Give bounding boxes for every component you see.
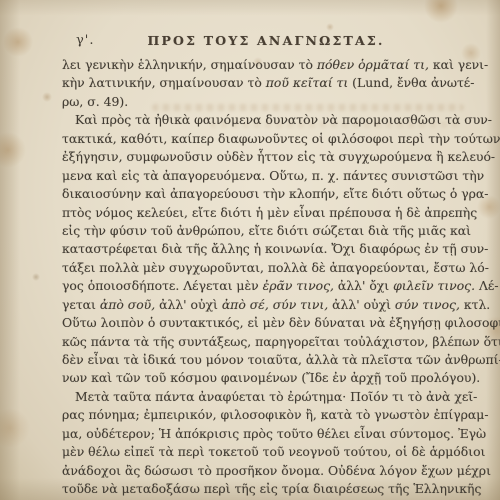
text-line: Καὶ πρὸς τὰ ἠθικὰ φαινόμενα δυνατὸν νὰ π… (62, 111, 470, 129)
text-span: δικαιοσύνην καὶ ἀπαγορεύουσι τὴν κλοπήν,… (62, 186, 488, 201)
italic-phrase: ἀπὸ σέ, σύν τινι, (222, 297, 328, 312)
text-span: καταστρέφεται διὰ τῆς ἄλλης ἡ κοινωνία. … (62, 241, 488, 256)
page-title: ΠΡΟΣ ΤΟΥΣ ΑΝΑΓΝΩΣΤΑΣ. (62, 33, 470, 48)
text-span: νων καὶ τῶν τοῦ κόσμου φαινομένων (Ἴδε ἐ… (62, 370, 480, 385)
italic-phrase: ἐρᾶν τινος, (263, 278, 334, 293)
text-line: μὲν θέλω εἰπεῖ τὰ περὶ τοκετοῦ τοῦ νεογν… (62, 443, 470, 461)
italic-phrase: σύν τινος, (395, 297, 460, 312)
text-line: Μετὰ ταῦτα πάντα ἀναφύεται τὸ ἐρώτημα· Π… (62, 388, 470, 406)
text-line: γος ὁποιοσδήποτε. Λέγεται μὲν ἐρᾶν τινος… (62, 277, 470, 295)
text-span: μα, οὐδέτερον; Ἡ ἀπόκρισις πρὸς τοῦτο θέ… (62, 426, 486, 441)
text-span: γεται (62, 297, 100, 312)
text-span: ρω, σ. 49). (62, 94, 128, 109)
text-span: μὲν θέλω εἰπεῖ τὰ περὶ τοκετοῦ τοῦ νεογν… (62, 444, 485, 459)
text-span: ρας πόνημα; ἐμπειρικόν, φιλοσοφικὸν ἢ, κ… (62, 407, 489, 422)
italic-phrase: ποῦ κεῖταί τι (266, 75, 348, 90)
text-line: δικαιοσύνην καὶ ἀπαγορεύουσι τὴν κλοπήν,… (62, 185, 470, 203)
text-span: τοῦδε νὰ μεταδοξάσω περὶ τῆς εἰς τρία δι… (62, 481, 481, 496)
text-span: κῶς πάντα τὰ τῆς συντάξεως, παρηγορεῖται… (62, 334, 500, 349)
text-span: κὴν λατινικήν, σημαίνουσαν τὸ (62, 75, 266, 90)
text-line: κὴν λατινικήν, σημαίνουσαν τὸ ποῦ κεῖταί… (62, 74, 470, 92)
text-line: τάξει πολλὰ μὲν συγχωροῦνται, πολλὰ δὲ ἀ… (62, 259, 470, 277)
text-line: πτὸς νόμος κελεύει, εἴτε διότι ἡ μὲν εἶν… (62, 204, 470, 222)
text-line: τακτικά, καθότι, καίπερ διαφωνοῦντες οἱ … (62, 130, 470, 148)
text-line: ἀνάδοχοι ἂς δώσωσι τὸ προσῆκον ὄνομα. Οὐ… (62, 462, 470, 480)
text-line: καταστρέφεται διὰ τῆς ἄλλης ἡ κοινωνία. … (62, 240, 470, 258)
page-header: γ'. ΠΡΟΣ ΤΟΥΣ ΑΝΑΓΝΩΣΤΑΣ. (62, 33, 470, 49)
text-line: κῶς πάντα τὰ τῆς συντάξεως, παρηγορεῖται… (62, 333, 470, 351)
paragraph: Καὶ πρὸς τὰ ἠθικὰ φαινόμενα δυνατὸν νὰ π… (62, 111, 470, 388)
text-line: μενα καὶ εἰς τὰ ἀπαγορευόμενα. Οὕτω, π. … (62, 167, 470, 185)
text-span: γος ὁποιοσδήποτε. Λέγεται μὲν (62, 278, 263, 293)
text-span: ἀλλ' ὄχι (334, 278, 393, 293)
text-span: κτλ. (460, 297, 490, 312)
text-line: ρω, σ. 49). (62, 93, 470, 111)
text-span: λει γενικὴν ἑλληνικήν, σημαίνουσαν τὸ (62, 57, 317, 72)
text-span: Μετὰ ταῦτα πάντα ἀναφύεται τὸ ἐρώτημα· Π… (75, 389, 477, 404)
text-line: Οὕτω λοιπὸν ὁ συντακτικός, εἰ μὲν δὲν δύ… (62, 314, 470, 332)
text-line: εἰς τὴν φύσιν τοῦ ἀνθρώπου, εἴτε διότι σ… (62, 222, 470, 240)
page-body: λει γενικὴν ἑλληνικήν, σημαίνουσαν τὸ πό… (62, 56, 470, 499)
text-span: τάξει πολλὰ μὲν συγχωροῦνται, πολλὰ δὲ ἀ… (62, 260, 489, 275)
text-span: ἐξήγησιν, συμφωνοῦσιν οὐδὲν ἧττον εἰς τὰ… (62, 149, 495, 164)
text-line: νων καὶ τῶν τοῦ κόσμου φαινομένων (Ἴδε ἐ… (62, 369, 470, 387)
text-line: ἐξήγησιν, συμφωνοῦσιν οὐδὲν ἧττον εἰς τὰ… (62, 148, 470, 166)
text-line: γεται ἀπὸ σοῦ, ἀλλ' οὐχὶ ἀπὸ σέ, σύν τιν… (62, 296, 470, 314)
text-span: Οὕτω λοιπὸν ὁ συντακτικός, εἰ μὲν δὲν δύ… (62, 315, 500, 330)
text-span: ἀλλ' οὐχὶ (328, 297, 395, 312)
text-span: Καὶ πρὸς τὰ ἠθικὰ φαινόμενα δυνατὸν νὰ π… (75, 112, 492, 127)
italic-phrase: πόθεν ὁρμᾶταί τι, (317, 57, 429, 72)
text-span: πτὸς νόμος κελεύει, εἴτε διότι ἡ μὲν εἶν… (62, 205, 477, 220)
text-line: ρας πόνημα; ἐμπειρικόν, φιλοσοφικὸν ἢ, κ… (62, 406, 470, 424)
text-span: (Lund, ἔνθα ἀνωτέ- (348, 75, 474, 90)
italic-phrase: φιλεῖν τινος. (393, 278, 475, 293)
text-span: δὲν εἶναι τὰ ἰδικά του μόνον τοιαῦτα, ἀλ… (62, 352, 500, 367)
text-span: εἰς τὴν φύσιν τοῦ ἀνθρώπου, εἴτε διότι σ… (62, 223, 471, 238)
scanned-book-page: γ'. ΠΡΟΣ ΤΟΥΣ ΑΝΑΓΝΩΣΤΑΣ. λει γενικὴν ἑλ… (0, 0, 500, 500)
paragraph: λει γενικὴν ἑλληνικήν, σημαίνουσαν τὸ πό… (62, 56, 470, 111)
text-line: δὲν εἶναι τὰ ἰδικά του μόνον τοιαῦτα, ἀλ… (62, 351, 470, 369)
text-span: καὶ γενι- (429, 57, 488, 72)
text-line: τοῦδε νὰ μεταδοξάσω περὶ τῆς εἰς τρία δι… (62, 480, 470, 498)
text-span: ἀνάδοχοι ἂς δώσωσι τὸ προσῆκον ὄνομα. Οὐ… (62, 463, 491, 478)
text-line: μα, οὐδέτερον; Ἡ ἀπόκρισις πρὸς τοῦτο θέ… (62, 425, 470, 443)
text-span: ἀλλ' οὐχὶ (155, 297, 222, 312)
text-span: Λέ- (475, 278, 499, 293)
text-span: τακτικά, καθότι, καίπερ διαφωνοῦντες οἱ … (62, 131, 500, 146)
text-line: λει γενικὴν ἑλληνικήν, σημαίνουσαν τὸ πό… (62, 56, 470, 74)
italic-phrase: ἀπὸ σοῦ, (100, 297, 155, 312)
paragraph: Μετὰ ταῦτα πάντα ἀναφύεται τὸ ἐρώτημα· Π… (62, 388, 470, 499)
text-span: μενα καὶ εἰς τὰ ἀπαγορευόμενα. Οὕτω, π. … (62, 168, 484, 183)
